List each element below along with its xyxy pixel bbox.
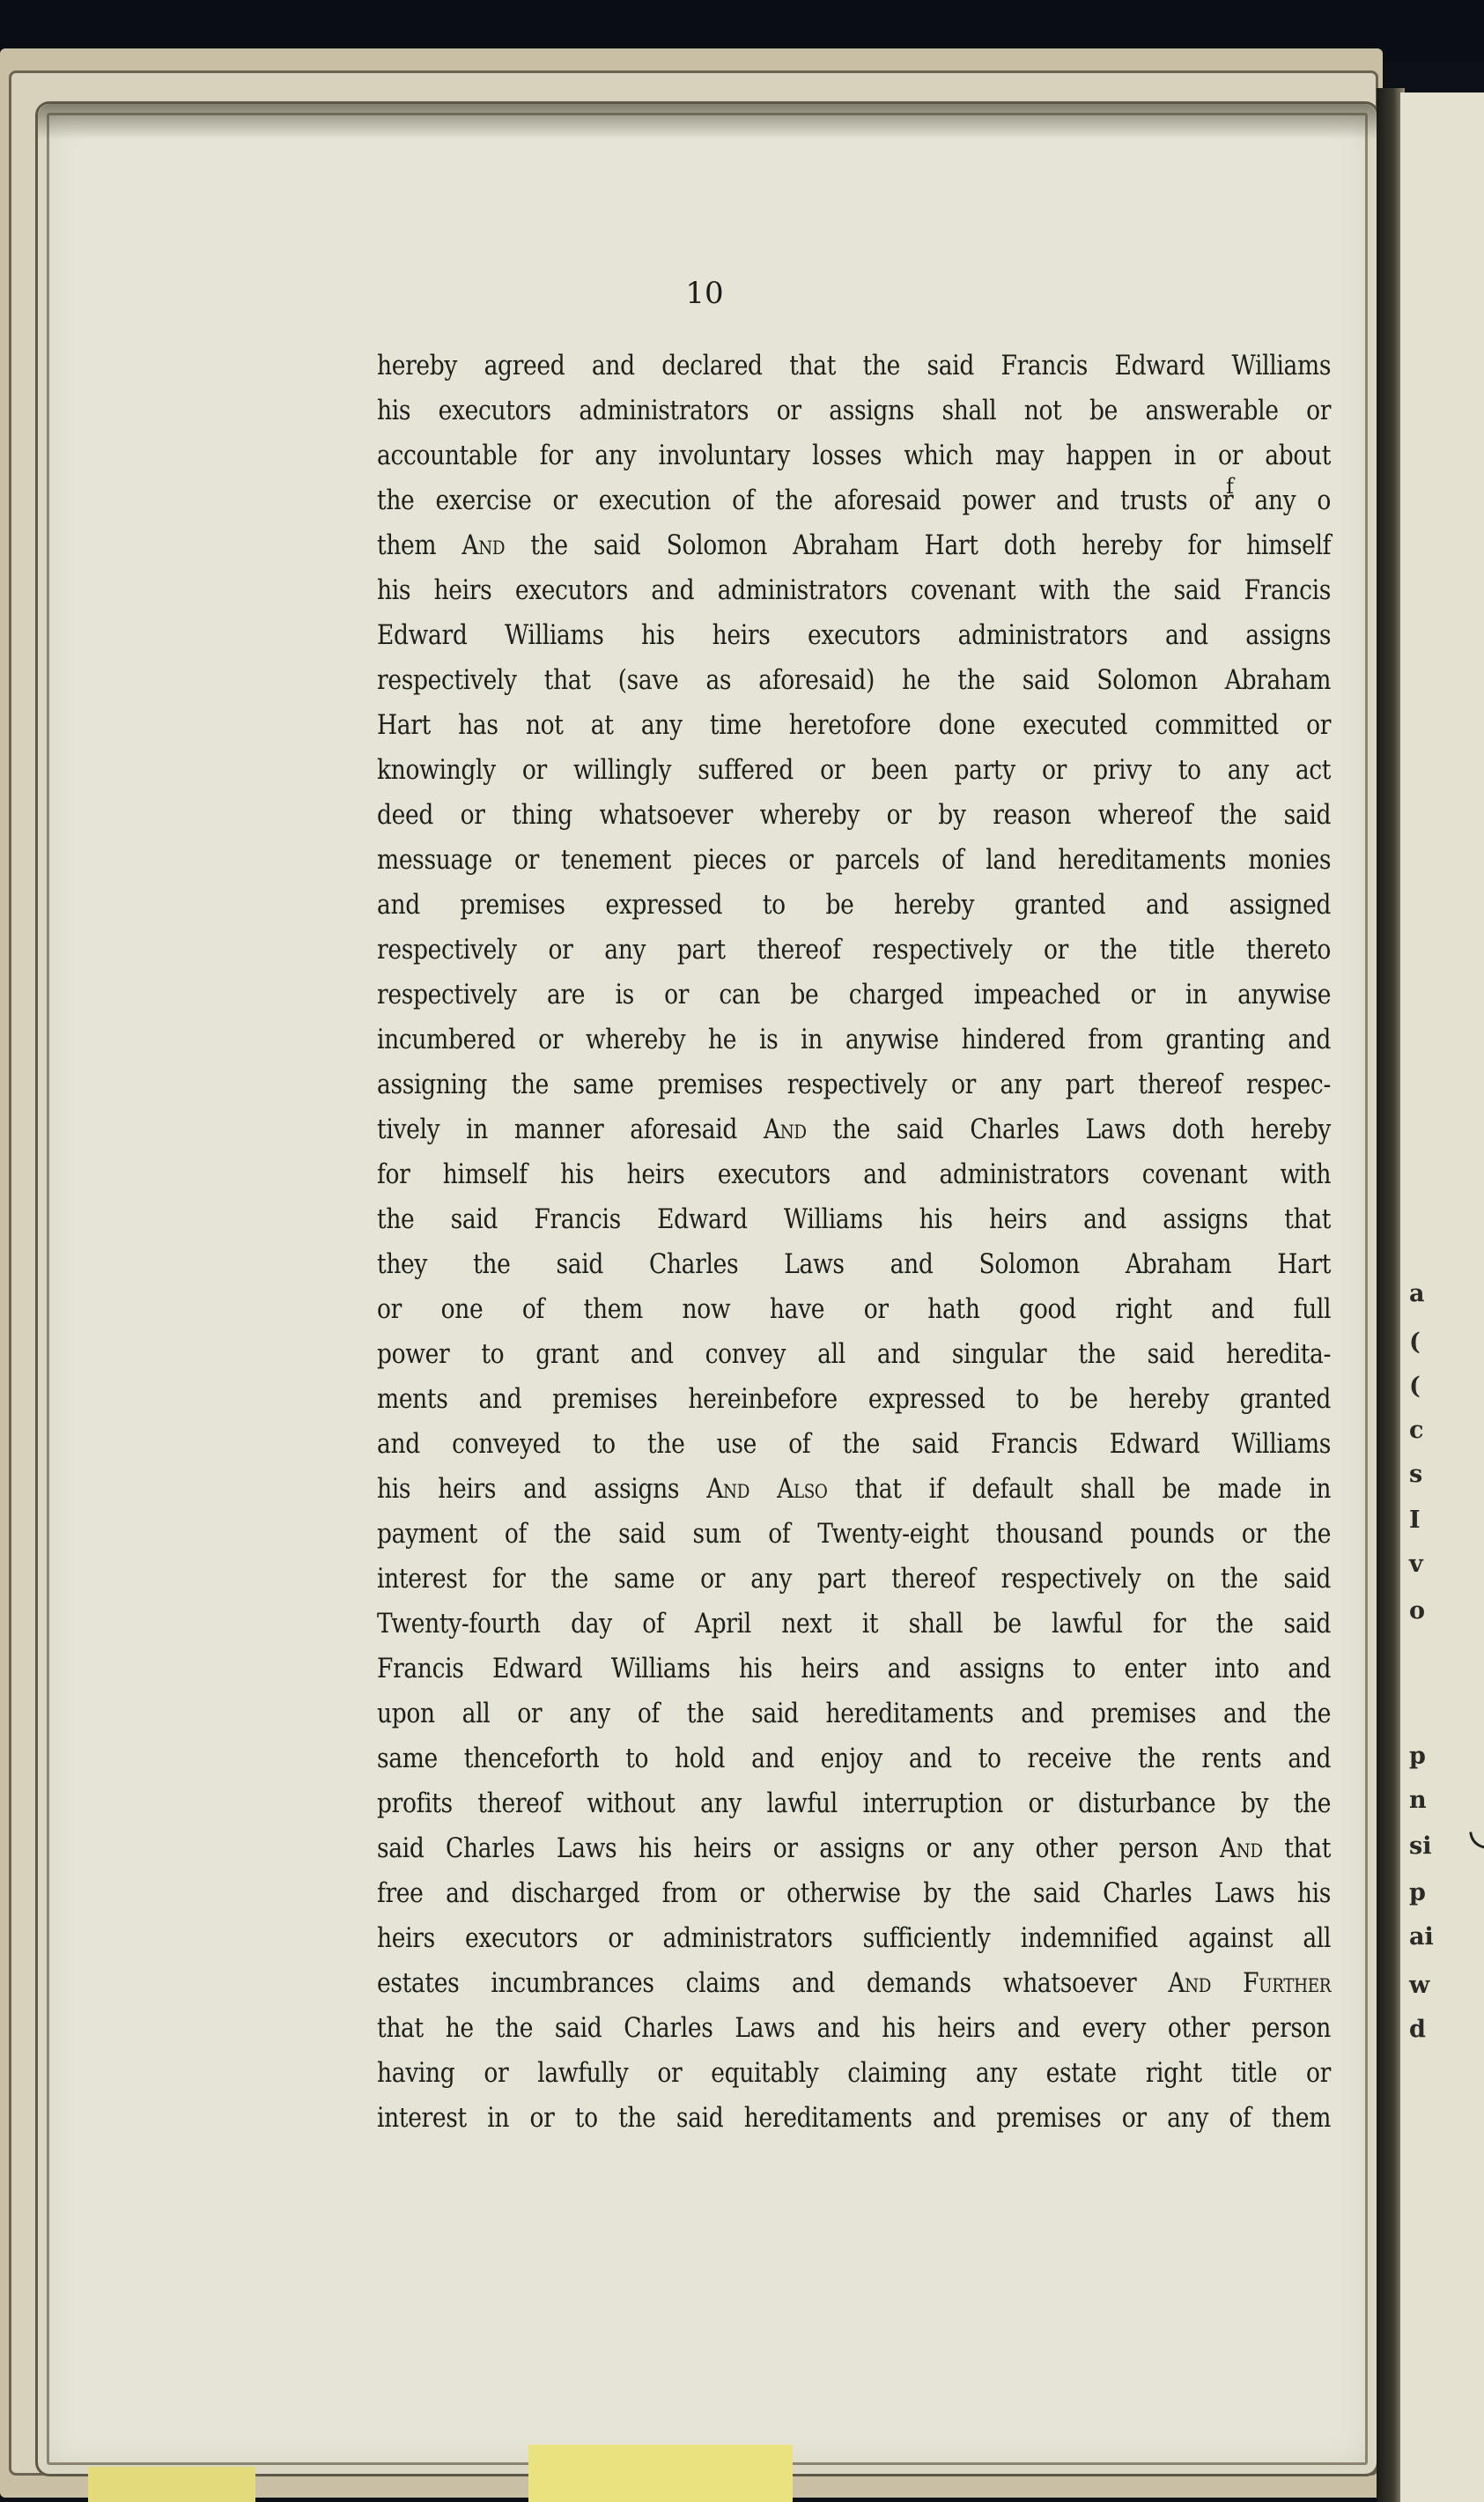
word: in [801, 1018, 823, 1062]
word: and [631, 1332, 674, 1377]
word: premises [996, 2096, 1101, 2141]
word: o [1317, 478, 1331, 523]
pencil-check-mark-icon [1469, 1825, 1484, 1852]
word: himself [443, 1152, 528, 1197]
word: grant [535, 1332, 599, 1377]
word: Charles [1103, 1871, 1192, 1916]
word: of [642, 1602, 664, 1647]
word: of [732, 478, 754, 523]
word: said [676, 2096, 724, 2141]
word: executors [515, 568, 628, 613]
word: And [764, 1107, 807, 1152]
word: or [740, 1871, 764, 1916]
word: the [843, 1422, 880, 1467]
word: any [1228, 748, 1269, 793]
text-line: themAndthesaidSolomonAbrahamHartdothhere… [377, 523, 1331, 568]
word: hereditaments [825, 1691, 993, 1736]
word: tenement [561, 838, 671, 883]
word: against [1188, 1916, 1273, 1961]
facing-page-text-fragment: a [1409, 1282, 1425, 1306]
word: thereof [477, 1781, 561, 1826]
word: at [591, 703, 614, 748]
word: convey [705, 1332, 786, 1377]
word: or [773, 1826, 798, 1871]
word: of [788, 1422, 810, 1467]
word: administrators [718, 568, 888, 613]
text-line: respectivelythat(saveasaforesaid)hethesa… [377, 658, 1331, 703]
word: for [1188, 523, 1221, 568]
word: and [478, 1377, 521, 1422]
facing-page-text-fragment: I [1409, 1508, 1421, 1532]
word: any [700, 1781, 742, 1826]
word: full [1294, 1287, 1331, 1332]
word: the [1294, 1512, 1331, 1557]
facing-page-text-fragment: p [1409, 1744, 1426, 1768]
facing-page-text-fragment: ai [1409, 1925, 1434, 1949]
word: hereby [377, 344, 457, 389]
word: suffered [698, 748, 794, 793]
word: singular [952, 1332, 1046, 1377]
text-line: andconveyedtotheuseofthesaidFrancisEdwar… [377, 1422, 1331, 1467]
word: respec- [1246, 1062, 1331, 1107]
word: power [377, 1332, 449, 1377]
word: the [647, 1422, 684, 1467]
text-line: messuageortenementpiecesorparcelsoflandh… [377, 838, 1331, 883]
text-line: respectivelyareisorcanbechargedimpeached… [377, 973, 1331, 1018]
text-line: powertograntandconveyallandsingularthesa… [377, 1332, 1331, 1377]
word: to [763, 883, 786, 928]
word: he [902, 658, 930, 703]
word: aforesaid [630, 1107, 737, 1152]
word: sufficiently [863, 1916, 991, 1961]
word: executors [465, 1916, 578, 1961]
word: the [1078, 1332, 1115, 1377]
word: pounds [1130, 1512, 1215, 1557]
text-line: hisheirsandassignsAndAlsothatifdefaultsh… [377, 1467, 1331, 1512]
word: conveyed [452, 1422, 561, 1467]
word: thereof [891, 1557, 975, 1602]
word: without [587, 1781, 675, 1826]
word: Edward [492, 1647, 582, 1691]
word: premises [658, 1062, 763, 1107]
word: about [1265, 433, 1331, 478]
word: incumbrances [491, 1961, 653, 2006]
word: and [817, 2006, 860, 2051]
word: said [1284, 793, 1332, 838]
word: said [556, 1242, 603, 1287]
word: reason [993, 793, 1071, 838]
word: or [887, 793, 912, 838]
word: ments [377, 1377, 448, 1422]
word: said [1174, 568, 1222, 613]
word: administrators [939, 1152, 1109, 1197]
word: by [923, 1871, 950, 1916]
word: involuntary [658, 433, 790, 478]
word: the [1100, 928, 1137, 973]
word: or [927, 1826, 951, 1871]
word: Francis [991, 1422, 1078, 1467]
word: be [993, 1602, 1022, 1647]
word: enjoy [821, 1736, 882, 1781]
word: or [700, 1557, 725, 1602]
word: or [548, 928, 572, 973]
word: thereof [757, 928, 840, 973]
word: or [522, 748, 547, 793]
word: Abraham [1126, 1242, 1231, 1287]
word: any [594, 433, 636, 478]
word: premises [461, 883, 565, 928]
word: said [594, 523, 641, 568]
word: Twenty-fourth [377, 1602, 541, 1647]
word: be [1070, 1377, 1098, 1422]
word: been [871, 748, 927, 793]
word: Abraham [793, 523, 898, 568]
word: administrators [579, 389, 749, 433]
word: and [863, 1152, 906, 1197]
word: if [929, 1467, 945, 1512]
word: thing [512, 793, 572, 838]
word: and [651, 568, 694, 613]
word: his [882, 2006, 915, 2051]
word: of [1229, 2096, 1251, 2141]
word: indemnified [1021, 1916, 1158, 1961]
word: be [1163, 1467, 1191, 1512]
word: to [1073, 1647, 1096, 1691]
text-line: thathethesaidCharlesLawsandhisheirsandev… [377, 2006, 1331, 2051]
text-line: estatesincumbrancesclaimsanddemandswhats… [377, 1961, 1331, 2006]
word: and [933, 2096, 976, 2141]
word: respectively [377, 928, 517, 973]
word: or [538, 1018, 563, 1062]
word: granting [1165, 1018, 1265, 1062]
word: them [377, 523, 436, 568]
text-line: forhimselfhisheirsexecutorsandadministra… [377, 1152, 1331, 1197]
word: respectively [377, 658, 517, 703]
word: or [514, 838, 539, 883]
word: parcels [835, 838, 919, 883]
word: time [710, 703, 762, 748]
word: shall [942, 389, 997, 433]
word: Francis [1001, 344, 1089, 389]
word: not [526, 703, 564, 748]
word: executors [439, 389, 551, 433]
facing-page-text-fragment: s [1409, 1462, 1422, 1486]
text-line: incumberedorwherebyheisinanywisehindered… [377, 1018, 1331, 1062]
text-line: saidCharlesLawshisheirsorassignsoranyoth… [377, 1826, 1331, 1871]
word: enter [1124, 1647, 1185, 1691]
word: not [1024, 389, 1062, 433]
word: other [1036, 1826, 1097, 1871]
word: the [957, 658, 994, 703]
word: or [461, 793, 485, 838]
word: incumbered [377, 1018, 515, 1062]
word: covenant [1142, 1152, 1247, 1197]
word: executed [1023, 703, 1127, 748]
word: Hart [1277, 1242, 1331, 1287]
word: said [555, 2006, 602, 2051]
word: said [1033, 1871, 1081, 1916]
facing-page-text-fragment: c [1409, 1418, 1423, 1442]
word: to [593, 1422, 616, 1467]
text-line: heirsexecutorsoradministratorssufficient… [377, 1916, 1331, 1961]
word: power [963, 478, 1035, 523]
word: Further [1243, 1961, 1331, 2006]
word: all [462, 1691, 491, 1736]
word: title [1169, 928, 1215, 973]
word: the [1113, 568, 1150, 613]
word: or [608, 1916, 632, 1961]
word: said [1148, 1332, 1195, 1377]
word: Charles [649, 1242, 738, 1287]
word: upon [377, 1691, 435, 1736]
word: all [817, 1332, 845, 1377]
word: or [1306, 2051, 1331, 2096]
word: and [1288, 1647, 1331, 1691]
word: use [717, 1422, 757, 1467]
word: messuage [377, 838, 492, 883]
word: his [641, 613, 675, 658]
word: every [1082, 2006, 1146, 2051]
word: person [1251, 2006, 1331, 2051]
word: administrators [663, 1916, 833, 1961]
word: Solomon [1096, 658, 1197, 703]
word: demands [867, 1961, 971, 2006]
word: anywise [1237, 973, 1331, 1018]
word: good [1019, 1287, 1076, 1332]
word: the [551, 1557, 588, 1602]
word: thereof [1138, 1062, 1222, 1107]
word: for [1153, 1602, 1185, 1647]
text-line: thesaidFrancisEdwardWilliamshisheirsanda… [377, 1197, 1331, 1242]
word: losses [812, 433, 882, 478]
word: rents [1201, 1736, 1261, 1781]
word: the [687, 1691, 724, 1736]
word: Laws [1085, 1107, 1145, 1152]
word: are [547, 973, 585, 1018]
word: party [954, 748, 1015, 793]
word: by [1241, 1781, 1268, 1826]
word: or [1122, 2096, 1147, 2141]
facing-page-text-fragment: v [1409, 1552, 1423, 1576]
word: the [775, 478, 812, 523]
word: and [1056, 478, 1099, 523]
word: assigns [1163, 1197, 1248, 1242]
word: may [995, 433, 1044, 478]
facing-page-text-fragment: p [1409, 1881, 1426, 1905]
word: he [446, 2006, 474, 2051]
word: Edward [1110, 1422, 1200, 1467]
word: and [1021, 1691, 1064, 1736]
word: administrators [958, 613, 1128, 658]
word: deed [377, 793, 433, 838]
word: be [790, 973, 818, 1018]
word: willingly [573, 748, 671, 793]
text-line: Twenty-fourthdayofAprilnextitshallbelawf… [377, 1602, 1331, 1647]
word: the [863, 344, 900, 389]
word: that [789, 344, 836, 389]
word: person [1119, 1826, 1198, 1871]
word: of [638, 1691, 660, 1736]
word: equitably [711, 2051, 818, 2096]
word: hereby [894, 883, 974, 928]
word: whereby [586, 1018, 685, 1062]
word: privy [1093, 748, 1151, 793]
word: trusts [1120, 478, 1187, 523]
word: committed [1155, 703, 1279, 748]
facing-page-text-fragment: w [1409, 1973, 1429, 1997]
word: to [1178, 748, 1201, 793]
word: default [971, 1467, 1052, 1512]
word: in [1309, 1467, 1331, 1512]
word: hold [675, 1736, 725, 1781]
word: hereditaments [744, 2096, 912, 2141]
word: them [1272, 2096, 1331, 2141]
word: or [951, 1062, 976, 1107]
facing-page-text-fragment: si [1409, 1834, 1431, 1858]
word: hereby [1251, 1107, 1331, 1152]
word: same [573, 1062, 634, 1107]
word: any [604, 928, 646, 973]
word: his [560, 1152, 594, 1197]
word: heretofore [789, 703, 912, 748]
word: Francis [377, 1647, 464, 1691]
word: the [1294, 1781, 1331, 1826]
text-line: mentsandpremiseshereinbeforeexpressedtob… [377, 1377, 1331, 1422]
word: heirs [434, 568, 492, 613]
text-line: hisheirsexecutorsandadministratorscovena… [377, 568, 1331, 613]
word: or [1306, 703, 1331, 748]
word: or [553, 478, 578, 523]
word: Charles [446, 1826, 535, 1871]
word: whereby [760, 793, 860, 838]
word: sum [693, 1512, 742, 1557]
word: expressed [868, 1377, 986, 1422]
word: and [909, 1736, 952, 1781]
word: and [1083, 1197, 1126, 1242]
word: on [1166, 1557, 1194, 1602]
text-line: assigningthesamepremisesrespectivelyoran… [377, 1062, 1331, 1107]
text-line: oroneofthemnowhaveorhathgoodrightandfull [377, 1287, 1331, 1332]
word: and [877, 1332, 920, 1377]
word: into [1215, 1647, 1259, 1691]
word: pieces [693, 838, 766, 883]
word: in [1174, 433, 1196, 478]
text-line: knowinglyorwillinglysufferedorbeenpartyo… [377, 748, 1331, 793]
word: to [575, 2096, 598, 2141]
word: Williams [505, 613, 604, 658]
word: his [377, 1467, 410, 1512]
word: Laws [735, 2006, 794, 2051]
word: any [1167, 2096, 1208, 2141]
word: expressed [605, 883, 722, 928]
text-line: theexerciseorexecutionoftheaforesaidpowe… [377, 478, 1331, 523]
word: or [1306, 389, 1331, 433]
word: aforesaid) [758, 658, 875, 703]
word: or [484, 2051, 508, 2096]
facing-page-text-fragment: ( [1409, 1330, 1421, 1354]
word: Edward [377, 613, 467, 658]
word: executors [808, 613, 920, 658]
sticky-note-tab [88, 2467, 255, 2502]
word: declared [661, 344, 762, 389]
word: act [1296, 748, 1331, 793]
word: or [1042, 748, 1067, 793]
word: respectively [377, 973, 517, 1018]
word: covenant [911, 568, 1015, 613]
word: whereof [1098, 793, 1192, 838]
word: and [1211, 1287, 1254, 1332]
word: And [461, 523, 505, 568]
word: can [719, 973, 760, 1018]
word: exercise [436, 478, 532, 523]
word: profits [377, 1781, 453, 1826]
word: that [377, 2006, 424, 2051]
word: Abraham [1225, 658, 1331, 703]
word: his [639, 1826, 672, 1871]
word: heirs [377, 1916, 435, 1961]
word: heredita- [1226, 1332, 1331, 1377]
word: and [1288, 1736, 1331, 1781]
word: part [817, 1557, 866, 1602]
word: Williams [1232, 344, 1332, 389]
word: lawfully [537, 2051, 628, 2096]
text-line: herebyagreedanddeclaredthatthesaidFranci… [377, 344, 1331, 389]
word: any [1254, 478, 1296, 523]
word: next [781, 1602, 831, 1647]
word: of [505, 1512, 527, 1557]
word: respectively [787, 1062, 927, 1107]
word: himself [1246, 523, 1331, 568]
word: Laws [1215, 1871, 1274, 1916]
word: manner [514, 1107, 603, 1152]
text-line: interestinortothesaidhereditamentsandpre… [377, 2096, 1331, 2141]
word: aforesaid [834, 478, 941, 523]
word: receive [1027, 1736, 1111, 1781]
word: that [1284, 1197, 1331, 1242]
word: with [1039, 568, 1090, 613]
text-line: EdwardWilliamshisheirsexecutorsadministr… [377, 613, 1331, 658]
word: from [662, 1871, 717, 1916]
word: assigns [959, 1647, 1045, 1691]
word: premises [1091, 1691, 1196, 1736]
word: the [554, 1512, 591, 1557]
facing-page-text-fragment: d [1409, 2017, 1426, 2041]
word: and [888, 1647, 931, 1691]
word: all [1303, 1916, 1331, 1961]
text-line: havingorlawfullyorequitablyclaiminganyes… [377, 2051, 1331, 2096]
word: for [492, 1557, 525, 1602]
word: which [904, 433, 973, 478]
word: right [1146, 2051, 1202, 2096]
word: Hart [377, 703, 431, 748]
word: Williams [611, 1647, 711, 1691]
word: as [705, 658, 731, 703]
word: heirs [989, 1197, 1047, 1242]
word: having [377, 2051, 454, 2096]
word: hereinbefore [688, 1377, 837, 1422]
word: assigns [829, 389, 914, 433]
text-line: interestforthesameoranypartthereofrespec… [377, 1557, 1331, 1602]
word: thousand [996, 1512, 1104, 1557]
word: anywise [845, 1018, 939, 1062]
word: payment [377, 1512, 477, 1557]
word: happen [1066, 433, 1152, 478]
word: he [708, 1018, 736, 1062]
word: made [1218, 1467, 1281, 1512]
word: the [1221, 1557, 1258, 1602]
word: to [978, 1736, 1001, 1781]
word: estate [1046, 2051, 1117, 2096]
